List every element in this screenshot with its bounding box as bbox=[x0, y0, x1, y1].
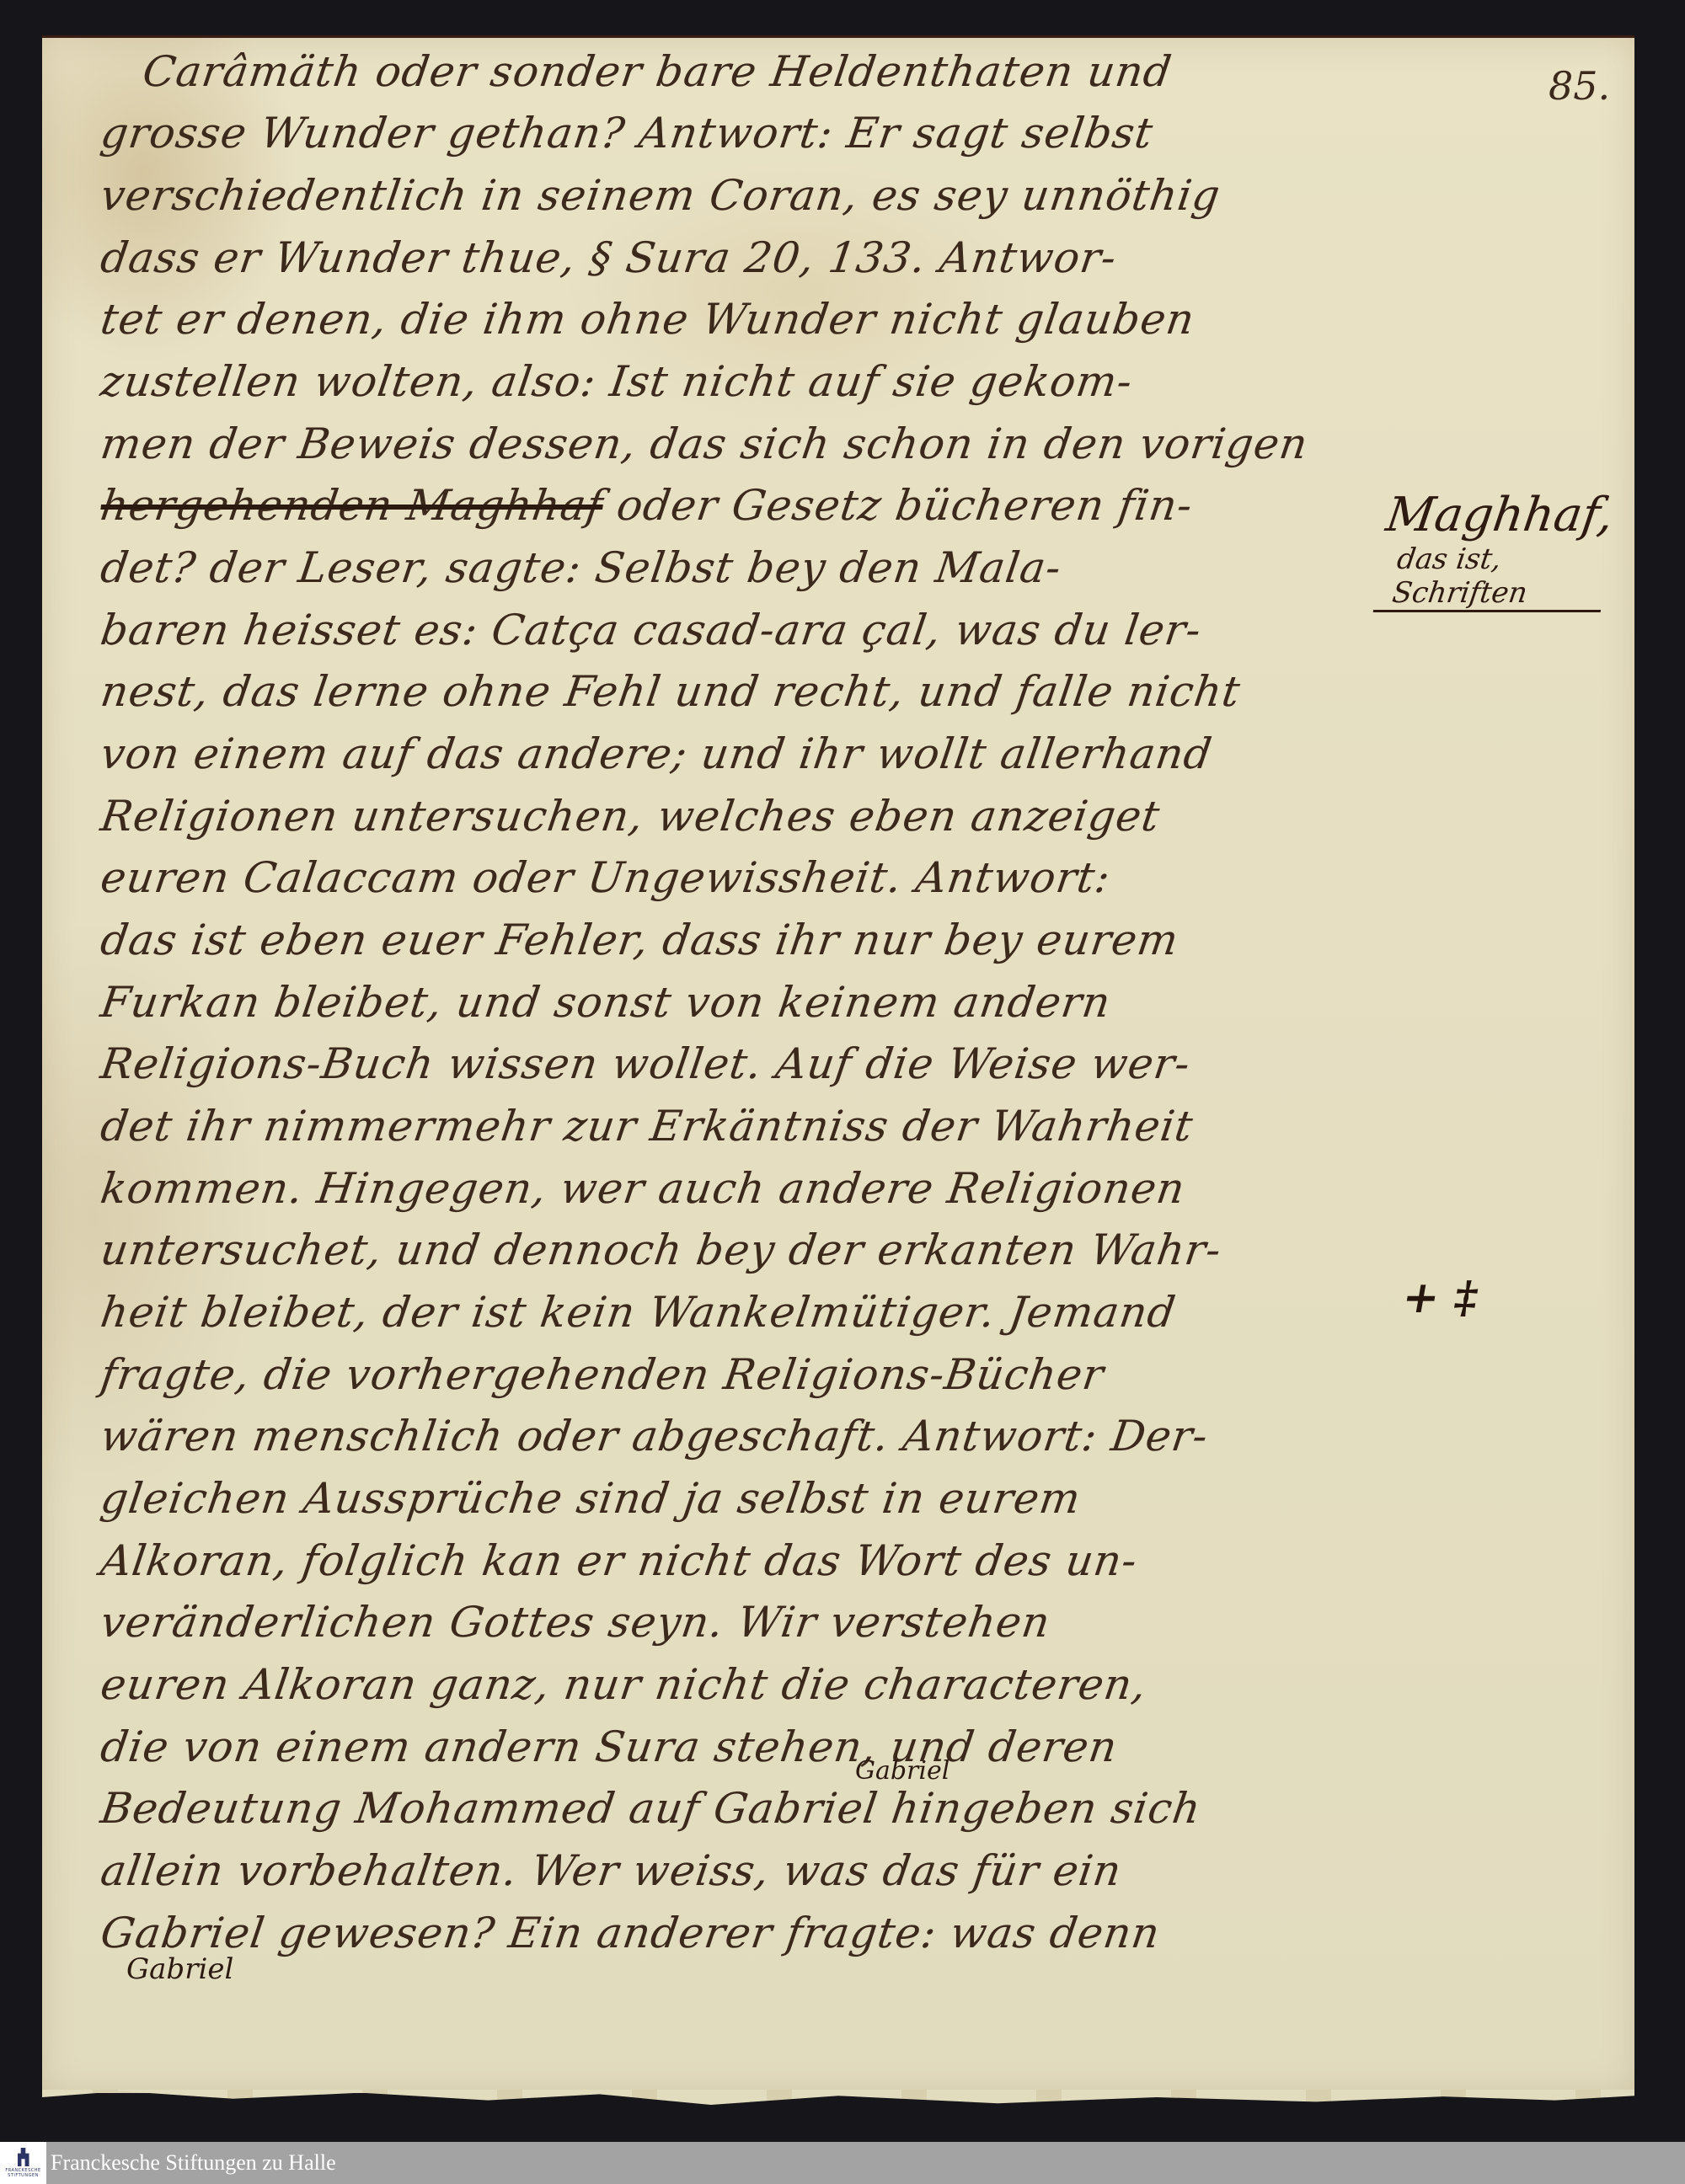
footer-title: Franckesche Stiftungen zu Halle bbox=[51, 2150, 336, 2176]
text-line: kommen. Hingegen, wer auch andere Religi… bbox=[98, 1163, 1189, 1214]
text-line: zustellen wolten, also: Ist nicht auf si… bbox=[98, 356, 1136, 407]
text-line: det? der Leser, sagte: Selbst bey den Ma… bbox=[98, 542, 1065, 593]
footer-bar: FRANCKESCHE STIFTUNGEN Franckesche Stift… bbox=[0, 2142, 1685, 2184]
logo-figure-icon bbox=[18, 2148, 29, 2166]
margin-note-main: Maghhaf, bbox=[1383, 489, 1618, 542]
interlinear-insertion: Gabriel bbox=[855, 1756, 949, 1786]
text-line: baren heisset es: Catça casad-ara çal, w… bbox=[98, 605, 1205, 655]
text-line: die von einem andern Sura stehen, und de… bbox=[98, 1722, 1121, 1772]
text-line: grosse Wunder gethan? Antwort: Er sagt s… bbox=[98, 108, 1157, 158]
text-line: verschiedentlich in seinem Coran, es sey… bbox=[98, 170, 1224, 221]
text-line: fragte, die vorhergehenden Religions-Büc… bbox=[98, 1349, 1108, 1400]
struck-text: hergehenden Maghhaf bbox=[98, 481, 607, 530]
text-line: men der Beweis dessen, das sich schon in… bbox=[98, 419, 1312, 469]
margin-mark-cross: + ‡ bbox=[1399, 1272, 1483, 1323]
institution-logo: FRANCKESCHE STIFTUNGEN bbox=[0, 2142, 46, 2184]
margin-note-right-top: Maghhaf, das ist, Schriften bbox=[1373, 489, 1618, 612]
text-line: Furkan bleibet, und sonst von keinem and… bbox=[98, 977, 1115, 1028]
text-line: Bedeutung Mohammed auf Gabriel hingeben … bbox=[98, 1783, 1205, 1834]
text-line: Carâmäth oder sonder bare Heldenthaten u… bbox=[140, 46, 1175, 97]
text-line: allein vorbehalten. Wer weiss, was das f… bbox=[98, 1845, 1125, 1896]
text-line: untersuchet, und dennoch bey der erkante… bbox=[98, 1225, 1225, 1275]
text-line-struck: hergehenden Maghhaf oder Gesetz bücheren… bbox=[98, 480, 1196, 531]
text-line: dass er Wunder thue, § Sura 20, 133. Ant… bbox=[98, 232, 1121, 283]
text-line: Gabriel gewesen? Ein anderer fragte: was… bbox=[98, 1908, 1163, 1958]
page-number: 85. bbox=[1549, 63, 1610, 109]
text-line: euren Calaccam oder Ungewissheit. Antwor… bbox=[98, 852, 1114, 903]
text-line: euren Alkoran ganz, nur nicht die charac… bbox=[98, 1659, 1150, 1710]
text-line: det ihr nimmermehr zur Erkäntniss der Wa… bbox=[98, 1101, 1196, 1151]
interlinear-insertion: Gabriel bbox=[126, 1952, 233, 1986]
text-line: von einem auf das andere; und ihr wollt … bbox=[98, 729, 1216, 779]
text-line: Alkoran, folglich kan er nicht das Wort … bbox=[98, 1535, 1141, 1586]
text-line: gleichen Aussprüche sind ja selbst in eu… bbox=[98, 1473, 1084, 1524]
logo-text: FRANCKESCHE STIFTUNGEN bbox=[5, 2168, 40, 2178]
text-line: wären menschlich oder abgeschaft. Antwor… bbox=[98, 1411, 1212, 1461]
line-remainder: oder Gesetz bücheren fin- bbox=[614, 481, 1196, 530]
text-line: das ist eben euer Fehler, dass ihr nur b… bbox=[98, 915, 1182, 965]
text-line: nest, das lerne ohne Fehl und recht, und… bbox=[98, 666, 1244, 717]
text-line: heit bleibet, der ist kein Wankelmütiger… bbox=[98, 1287, 1179, 1338]
margin-note-sub: das ist, Schriften bbox=[1373, 542, 1611, 612]
text-line: Religionen untersuchen, welches eben anz… bbox=[98, 791, 1163, 841]
text-line: tet er denen, die ihm ohne Wunder nicht … bbox=[98, 294, 1198, 344]
text-line: Religions-Buch wissen wollet. Auf die We… bbox=[98, 1039, 1194, 1089]
text-line: veränderlichen Gottes seyn. Wir verstehe… bbox=[98, 1597, 1054, 1647]
